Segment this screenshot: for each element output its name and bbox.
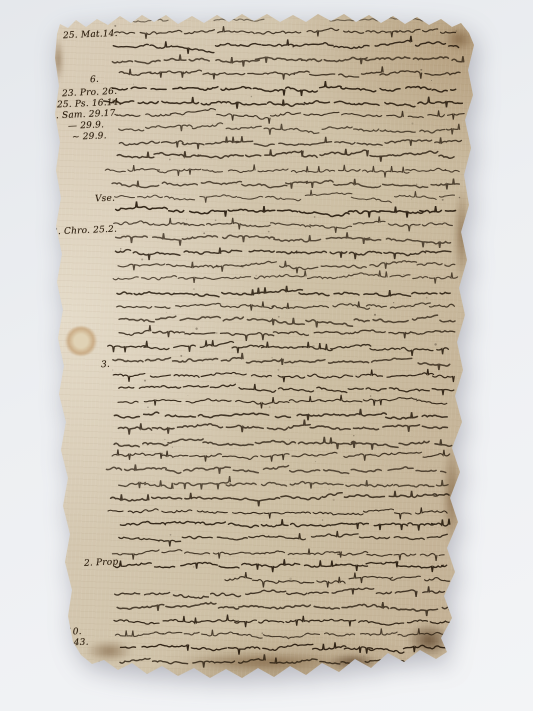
margin-note-prop: 2. Prop.: [84, 558, 122, 569]
margin-note-use: Vse.: [95, 195, 115, 205]
margin-note-number: 3.: [101, 361, 110, 370]
paper-sheet: 25. Mat.14. 6. 23. Pro. 26. 25. Ps. 16.1…: [0, 0, 533, 711]
margin-note-citation: ~ 29.9.: [72, 132, 107, 143]
photo-background: 25. Mat.14. 6. 23. Pro. 26. 25. Ps. 16.1…: [0, 0, 533, 711]
margin-note-citation: — 29.9.: [68, 121, 105, 132]
margin-note-number: 6.: [90, 76, 99, 85]
manuscript-paper: 25. Mat.14. 6. 23. Pro. 26. 25. Ps. 16.1…: [0, 0, 533, 711]
